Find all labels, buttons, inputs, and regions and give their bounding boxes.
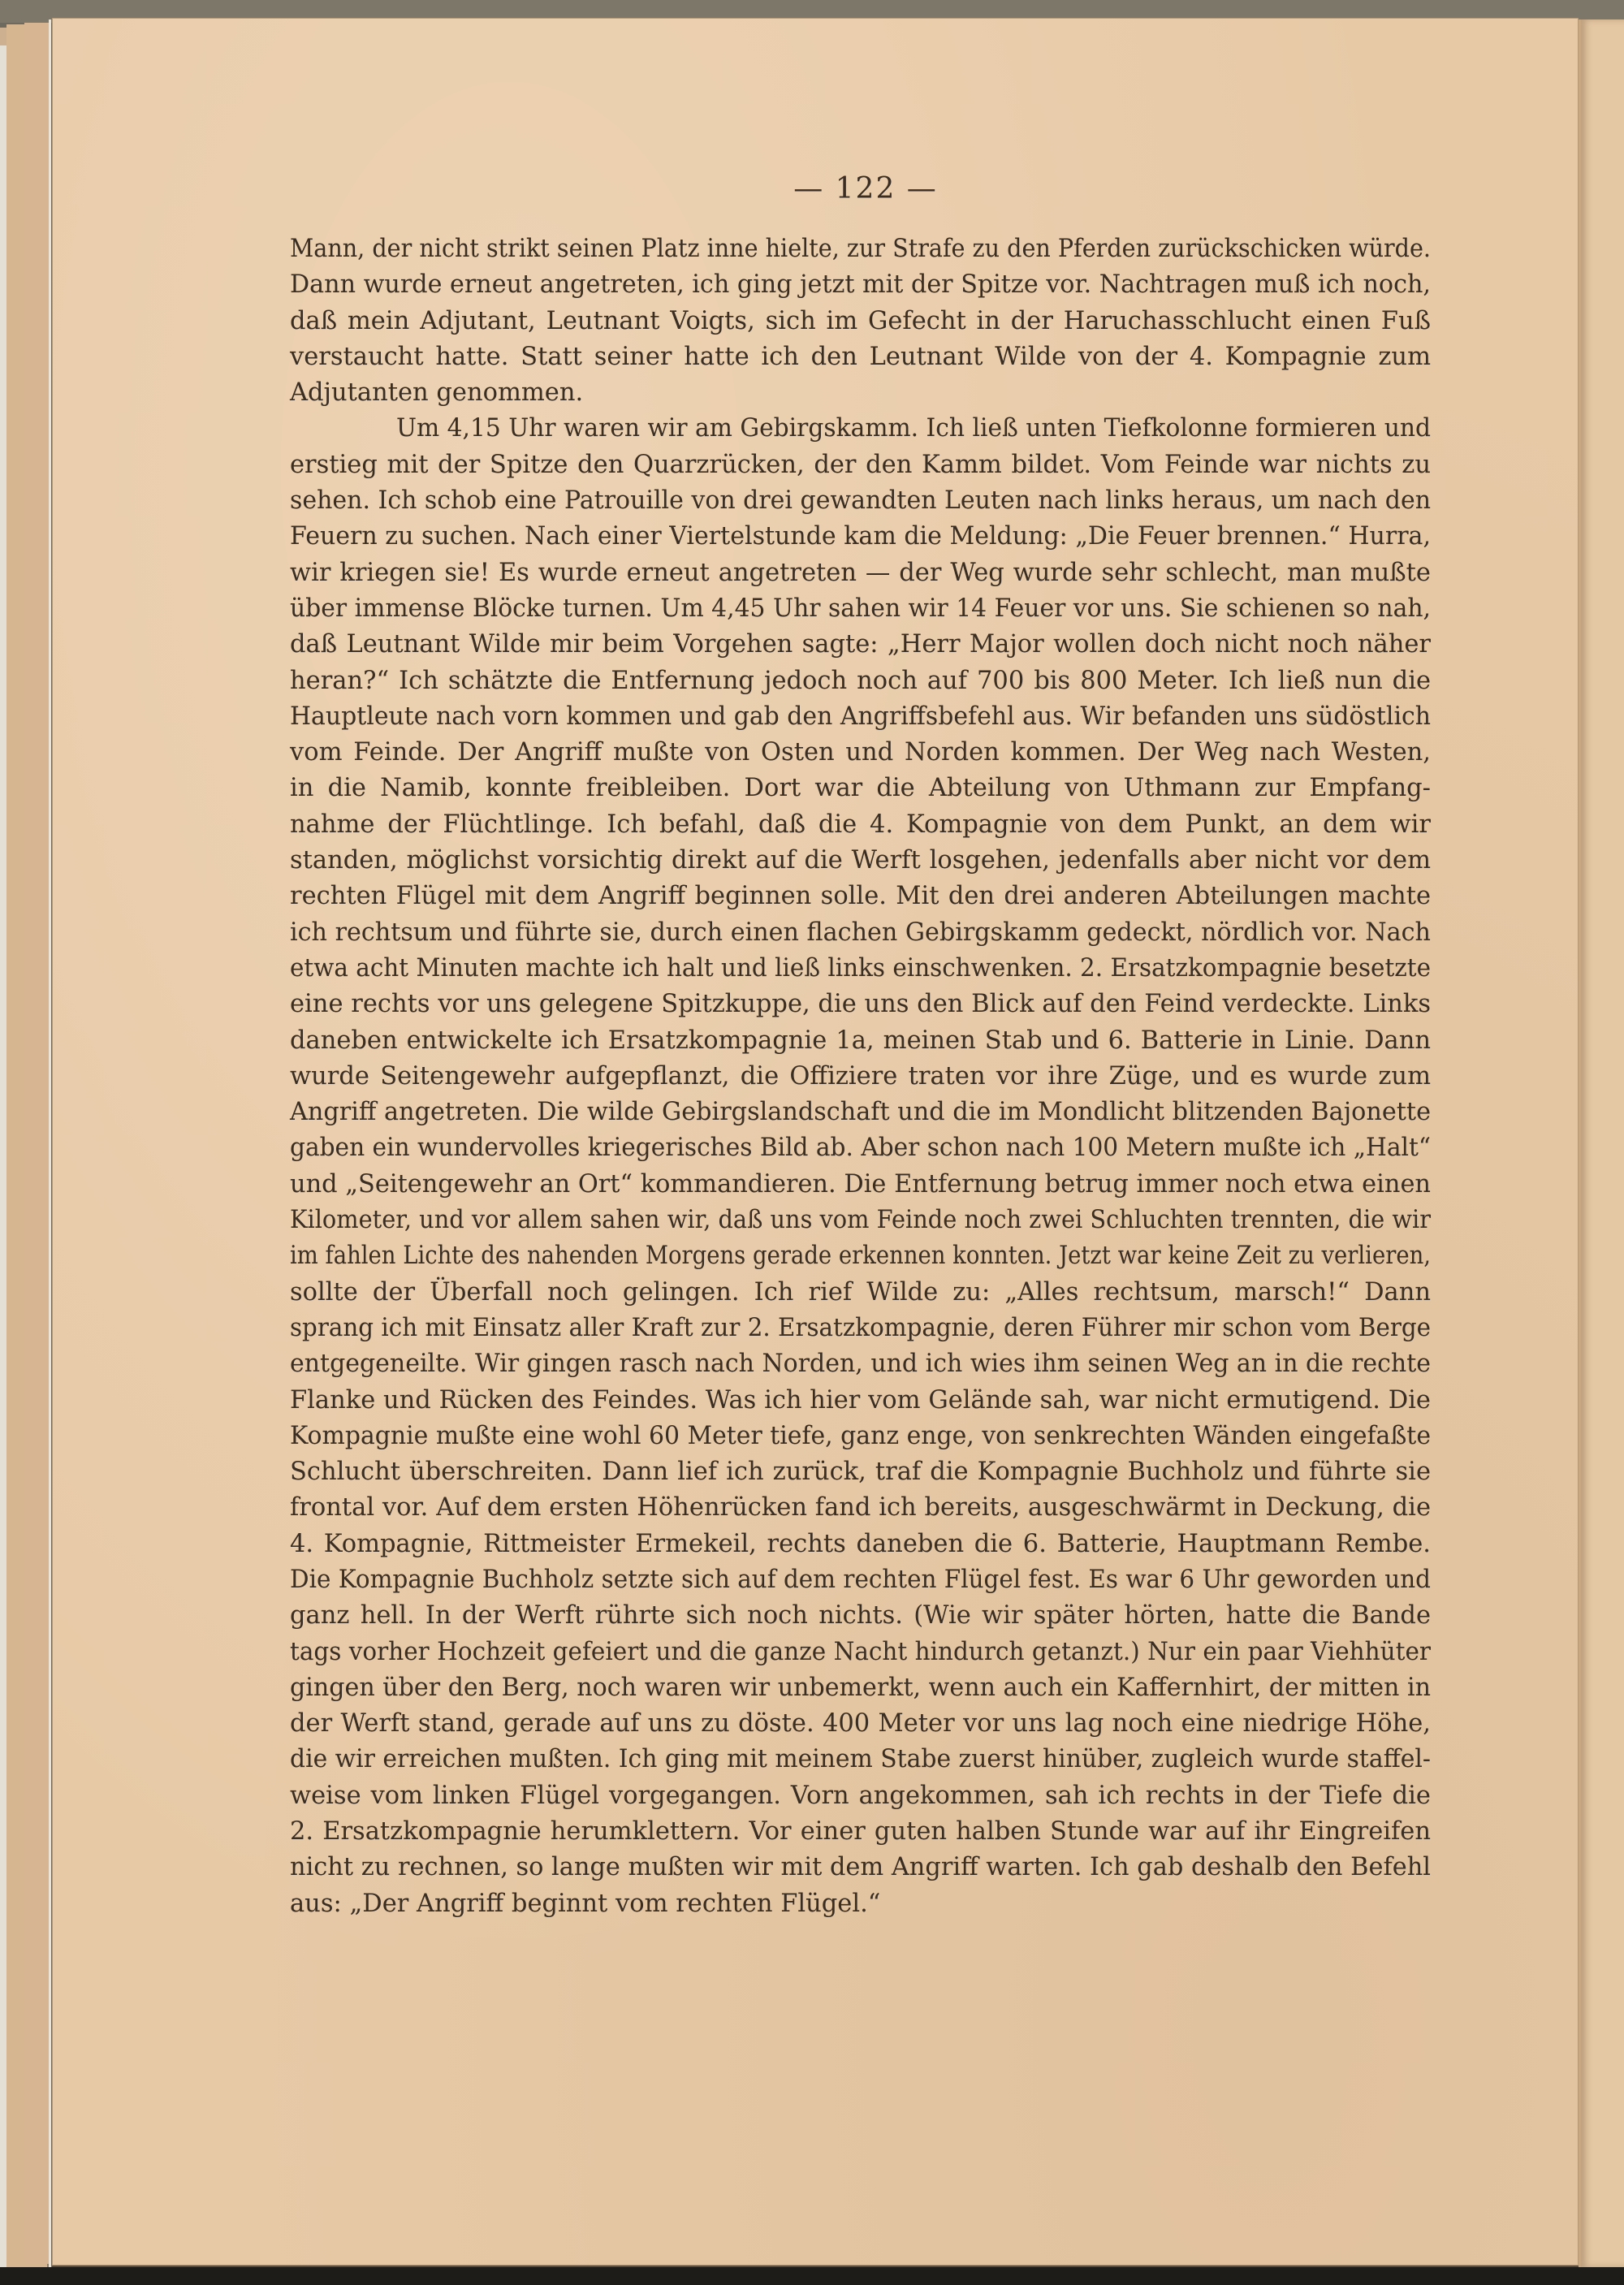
text-line: gaben ein wundervolles kriegerisches Bil… (290, 1130, 1431, 1166)
text-line: 4. Kompagnie, Rittmeister Ermekeil, rech… (290, 1527, 1431, 1562)
body-text: Mann, der nicht strikt seinen Platz inne… (290, 231, 1431, 1922)
paragraph: Mann, der nicht strikt seinen Platz inne… (290, 231, 1431, 411)
paragraph: Um 4,15 Uhr waren wir am Gebirgskamm. Ic… (290, 411, 1431, 1921)
page-number: — 122 — (102, 172, 1624, 205)
text-line: rechten Flügel mit dem Angriff beginnen … (290, 879, 1431, 914)
page-stack-edge (24, 23, 50, 2264)
text-line: verstaucht hatte. Statt seiner hatte ich… (290, 339, 1431, 375)
text-line: Kompagnie mußte eine wohl 60 Meter tiefe… (290, 1419, 1431, 1454)
text-line: die wir erreichen mußten. Ich ging mit m… (290, 1742, 1431, 1777)
text-line: über immense Blöcke turnen. Um 4,45 Uhr … (290, 591, 1431, 627)
text-line: in die Namib, konnte freibleiben. Dort w… (290, 771, 1431, 806)
text-line: ich rechtsum und führte sie, durch einen… (290, 915, 1431, 951)
text-line: der Werft stand, gerade auf uns zu döste… (290, 1706, 1431, 1742)
text-line: sehen. Ich schob eine Patrouille von dre… (290, 483, 1431, 519)
text-line: 2. Ersatzkompagnie herumklettern. Vor ei… (290, 1814, 1431, 1850)
text-line: heran?“ Ich schätzte die Entfernung jedo… (290, 663, 1431, 699)
text-line: Feuern zu suchen. Nach einer Viertelstun… (290, 519, 1431, 555)
text-line: Mann, der nicht strikt seinen Platz inne… (290, 231, 1431, 267)
text-line: aus: „Der Angriff beginnt vom rechten Fl… (290, 1886, 1431, 1922)
facing-page-edge (1579, 19, 1624, 2267)
text-line: sollte der Überfall noch gelingen. Ich r… (290, 1275, 1431, 1311)
text-line: frontal vor. Auf dem ersten Höhenrücken … (290, 1490, 1431, 1526)
text-line: wurde Seitengewehr aufgepflanzt, die Off… (290, 1059, 1431, 1095)
text-line: Hauptleute nach vorn kommen und gab den … (290, 699, 1431, 735)
text-line: im fahlen Lichte des nahenden Morgens ge… (290, 1238, 1431, 1274)
text-line: entgegeneilte. Wir gingen rasch nach Nor… (290, 1346, 1431, 1382)
page-edge-line (49, 19, 51, 2267)
text-line: Flanke und Rücken des Feindes. Was ich h… (290, 1383, 1431, 1419)
text-line: daneben entwickelte ich Ersatzkompagnie … (290, 1023, 1431, 1059)
scan-background-bottom (0, 2267, 1624, 2285)
text-line: eine rechts vor uns gelegene Spitzkuppe,… (290, 987, 1431, 1022)
text-line: nicht zu rechnen, so lange mußten wir mi… (290, 1850, 1431, 1885)
text-line: daß Leutnant Wilde mir beim Vorgehen sag… (290, 627, 1431, 663)
text-line: gingen über den Berg, noch waren wir unb… (290, 1670, 1431, 1706)
text-line: Angriff angetreten. Die wilde Gebirgslan… (290, 1095, 1431, 1130)
text-line: tags vorher Hochzeit gefeiert und die ga… (290, 1635, 1431, 1670)
text-line: standen, möglichst vorsichtig direkt auf… (290, 843, 1431, 879)
text-line: Die Kompagnie Buchholz setzte sich auf d… (290, 1562, 1431, 1598)
text-line: daß mein Adjutant, Leutnant Voigts, sich… (290, 304, 1431, 339)
text-line: Schlucht überschreiten. Dann lief ich zu… (290, 1454, 1431, 1490)
text-line: Dann wurde erneut angetreten, ich ging j… (290, 267, 1431, 303)
text-line: ganz hell. In der Werft rührte sich noch… (290, 1598, 1431, 1634)
text-line: nahme der Flüchtlinge. Ich befahl, daß d… (290, 807, 1431, 843)
text-line: etwa acht Minuten machte ich halt und li… (290, 951, 1431, 987)
text-line: erstieg mit der Spitze den Quarzrücken, … (290, 447, 1431, 483)
text-line: Um 4,15 Uhr waren wir am Gebirgskamm. Ic… (290, 411, 1431, 447)
text-line: wir kriegen sie! Es wurde erneut angetre… (290, 555, 1431, 591)
text-line: vom Feinde. Der Angriff mußte von Osten … (290, 735, 1431, 771)
text-line: Adjutanten genommen. (290, 375, 1431, 411)
text-line: Kilometer, und vor allem sahen wir, daß … (290, 1203, 1431, 1238)
text-line: und „Seitengewehr an Ort“ kommandieren. … (290, 1167, 1431, 1203)
text-line: sprang ich mit Einsatz aller Kraft zur 2… (290, 1311, 1431, 1346)
text-line: weise vom linken Flügel vorgegangen. Vor… (290, 1778, 1431, 1814)
